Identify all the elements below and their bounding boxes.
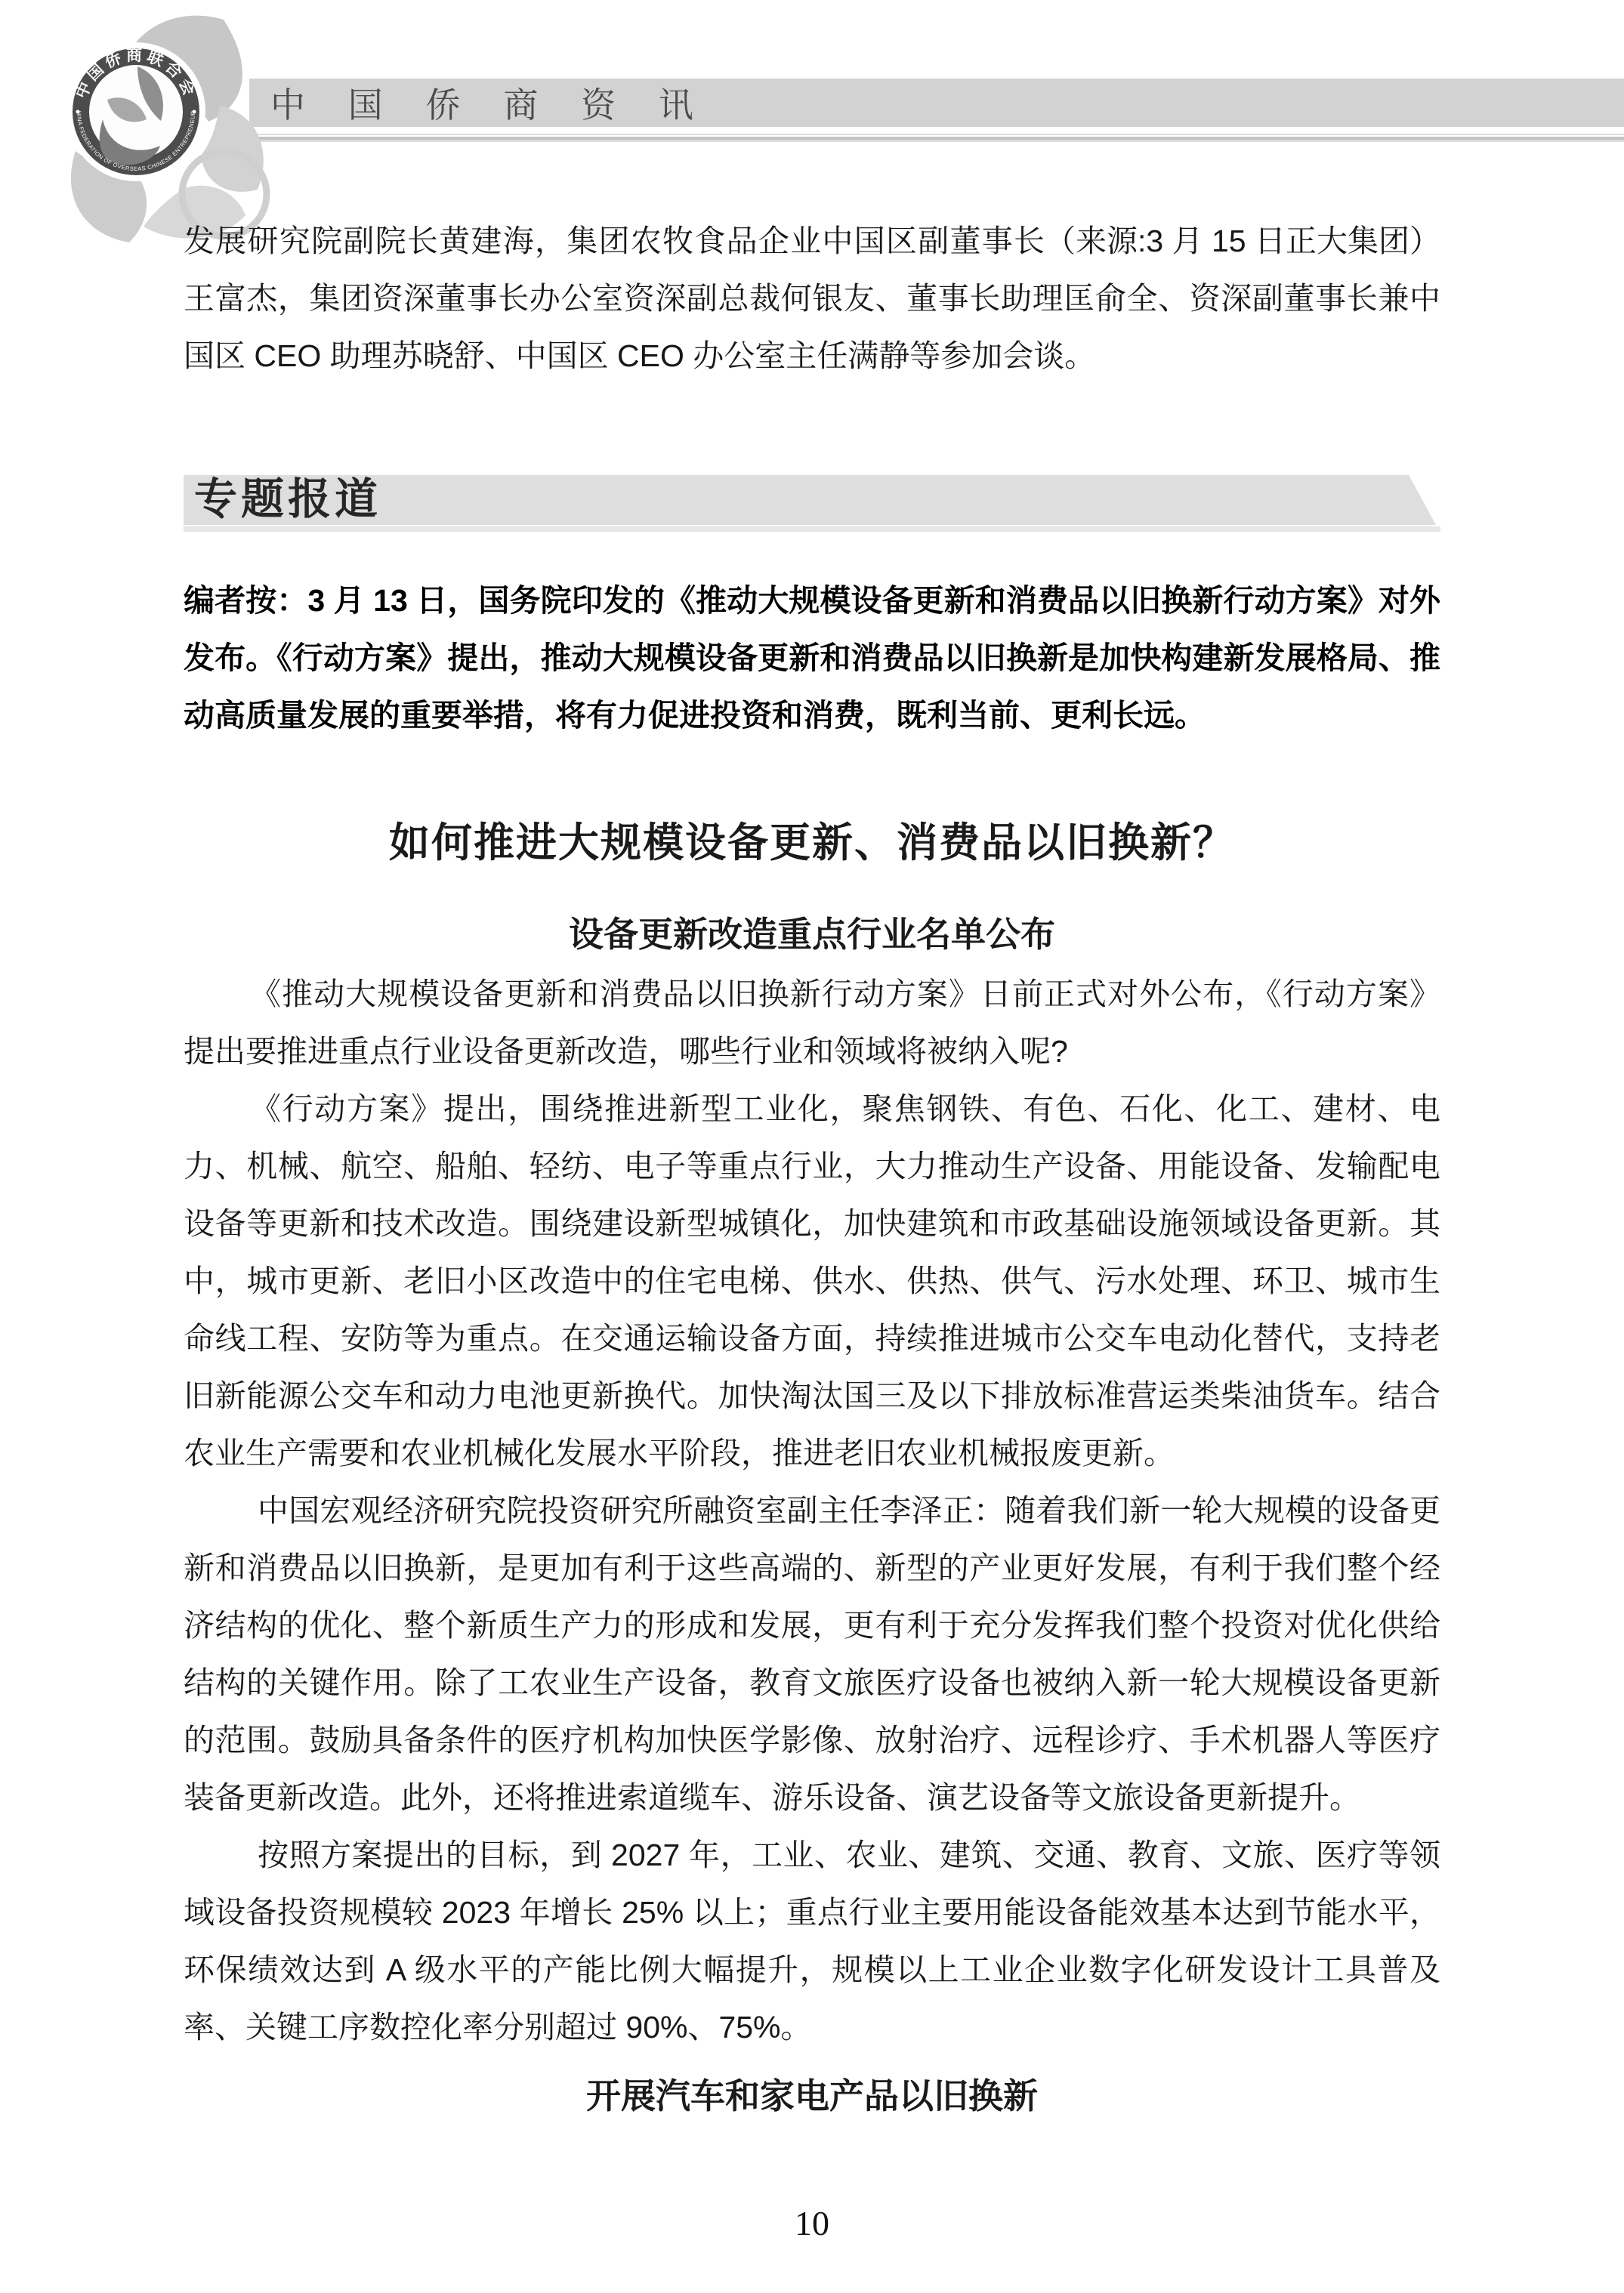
- section-header-underline: [184, 526, 1440, 532]
- page-number: 10: [0, 2203, 1624, 2243]
- source-note: （来源:3 月 15 日正大集团）: [1045, 212, 1440, 270]
- section-header-bar: 专题报道: [184, 475, 1436, 525]
- section-header-title: 专题报道: [184, 475, 381, 525]
- newsletter-page: 中 国 侨 商 资 讯 中国侨商联合会: [0, 0, 1624, 2293]
- feature-title: 如何推进大规模设备更新、消费品以旧换新？: [184, 816, 1440, 869]
- paragraph: 《行动方案》提出，围绕推进新型工业化，聚焦钢铁、有色、石化、化工、建材、电力、机…: [184, 1080, 1440, 1482]
- continuation-paragraph: （来源:3 月 15 日正大集团）发展研究院副院长黄建海，集团农牧食品企业中国区…: [184, 212, 1440, 384]
- paragraph: 中国宏观经济研究院投资研究所融资室副主任李泽正：随着我们新一轮大规模的设备更新和…: [184, 1482, 1440, 1826]
- editor-note: 编者按：3 月 13 日，国务院印发的《推动大规模设备更新和消费品以旧换新行动方…: [184, 572, 1440, 744]
- content-column: （来源:3 月 15 日正大集团）发展研究院副院长黄建海，集团农牧食品企业中国区…: [184, 0, 1440, 2119]
- logo-ring-dot-left: [76, 110, 80, 114]
- article-body: 《推动大规模设备更新和消费品以旧换新行动方案》日前正式对外公布，《行动方案》提出…: [184, 965, 1440, 2056]
- subheading-2: 开展汽车和家电产品以旧换新: [184, 2072, 1440, 2119]
- subheading-1: 设备更新改造重点行业名单公布: [184, 911, 1440, 958]
- paragraph: 按照方案提出的目标，到 2027 年，工业、农业、建筑、交通、教育、文旅、医疗等…: [184, 1826, 1440, 2056]
- paragraph: 《推动大规模设备更新和消费品以旧换新行动方案》日前正式对外公布，《行动方案》提出…: [184, 965, 1440, 1080]
